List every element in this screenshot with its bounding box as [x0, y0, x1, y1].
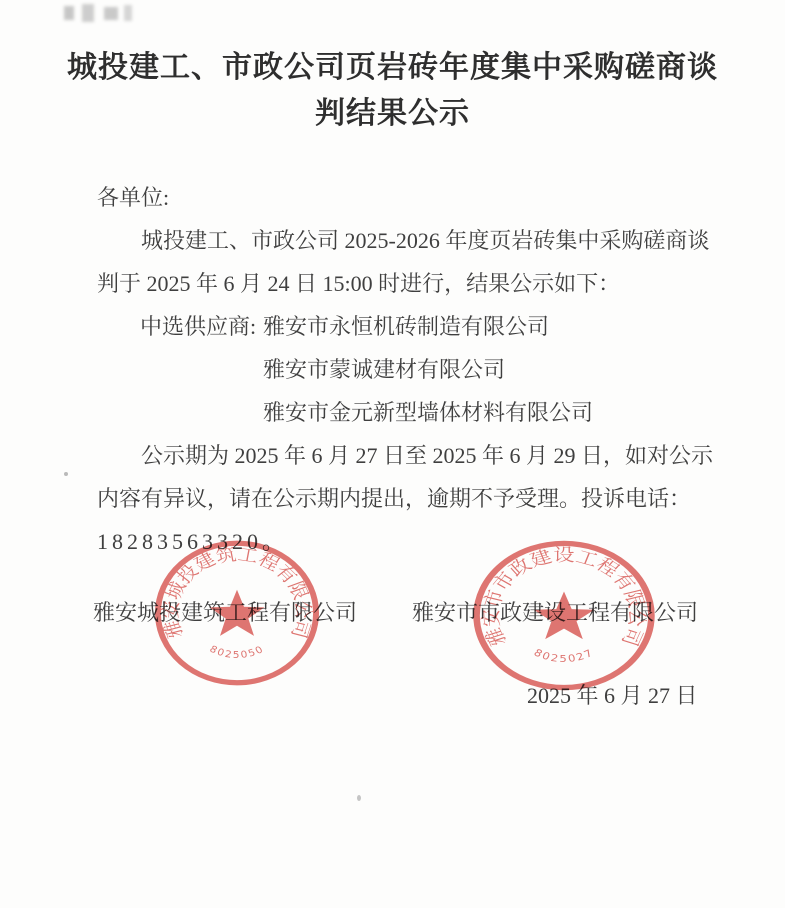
document-title: 城投建工、市政公司页岩砖年度集中采购磋商谈 判结果公示	[0, 45, 785, 137]
document-date: 2025 年 6 月 27 日	[527, 681, 698, 711]
scan-artifact	[62, 4, 134, 24]
para2-line2: 内容有异议，请在公示期内提出，逾期不予受理。投诉电话：	[97, 477, 691, 520]
supplier-name-1: 雅安市永恒机砖制造有限公司	[263, 305, 549, 348]
para2-line1: 公示期为 2025 年 6 月 27 日至 2025 年 6 月 29 日，如对…	[141, 434, 713, 477]
greeting: 各单位:	[97, 176, 169, 219]
scan-speck	[357, 795, 361, 801]
document-title-line2: 判结果公示	[0, 91, 785, 137]
complaint-phone-number: 18283563320。	[97, 520, 288, 563]
selected-supplier-label: 中选供应商:	[140, 305, 256, 348]
supplier-name-2: 雅安市蒙诚建材有限公司	[263, 348, 505, 391]
para1-line2: 判于 2025 年 6 月 24 日 15:00 时进行，结果公示如下：	[97, 262, 620, 305]
scanned-announcement-document: 城投建工、市政公司页岩砖年度集中采购磋商谈 判结果公示 各单位: 城投建工、市政…	[0, 0, 785, 908]
signature-left-company: 雅安城投建筑工程有限公司	[93, 598, 357, 628]
supplier-name-3: 雅安市金元新型墙体材料有限公司	[263, 391, 593, 434]
document-title-line1: 城投建工、市政公司页岩砖年度集中采购磋商谈	[0, 45, 785, 91]
para1-line1: 城投建工、市政公司 2025-2026 年度页岩砖集中采购磋商谈	[141, 219, 709, 262]
scan-speck	[64, 472, 68, 476]
signature-right-company: 雅安市市政建设工程有限公司	[412, 598, 698, 628]
